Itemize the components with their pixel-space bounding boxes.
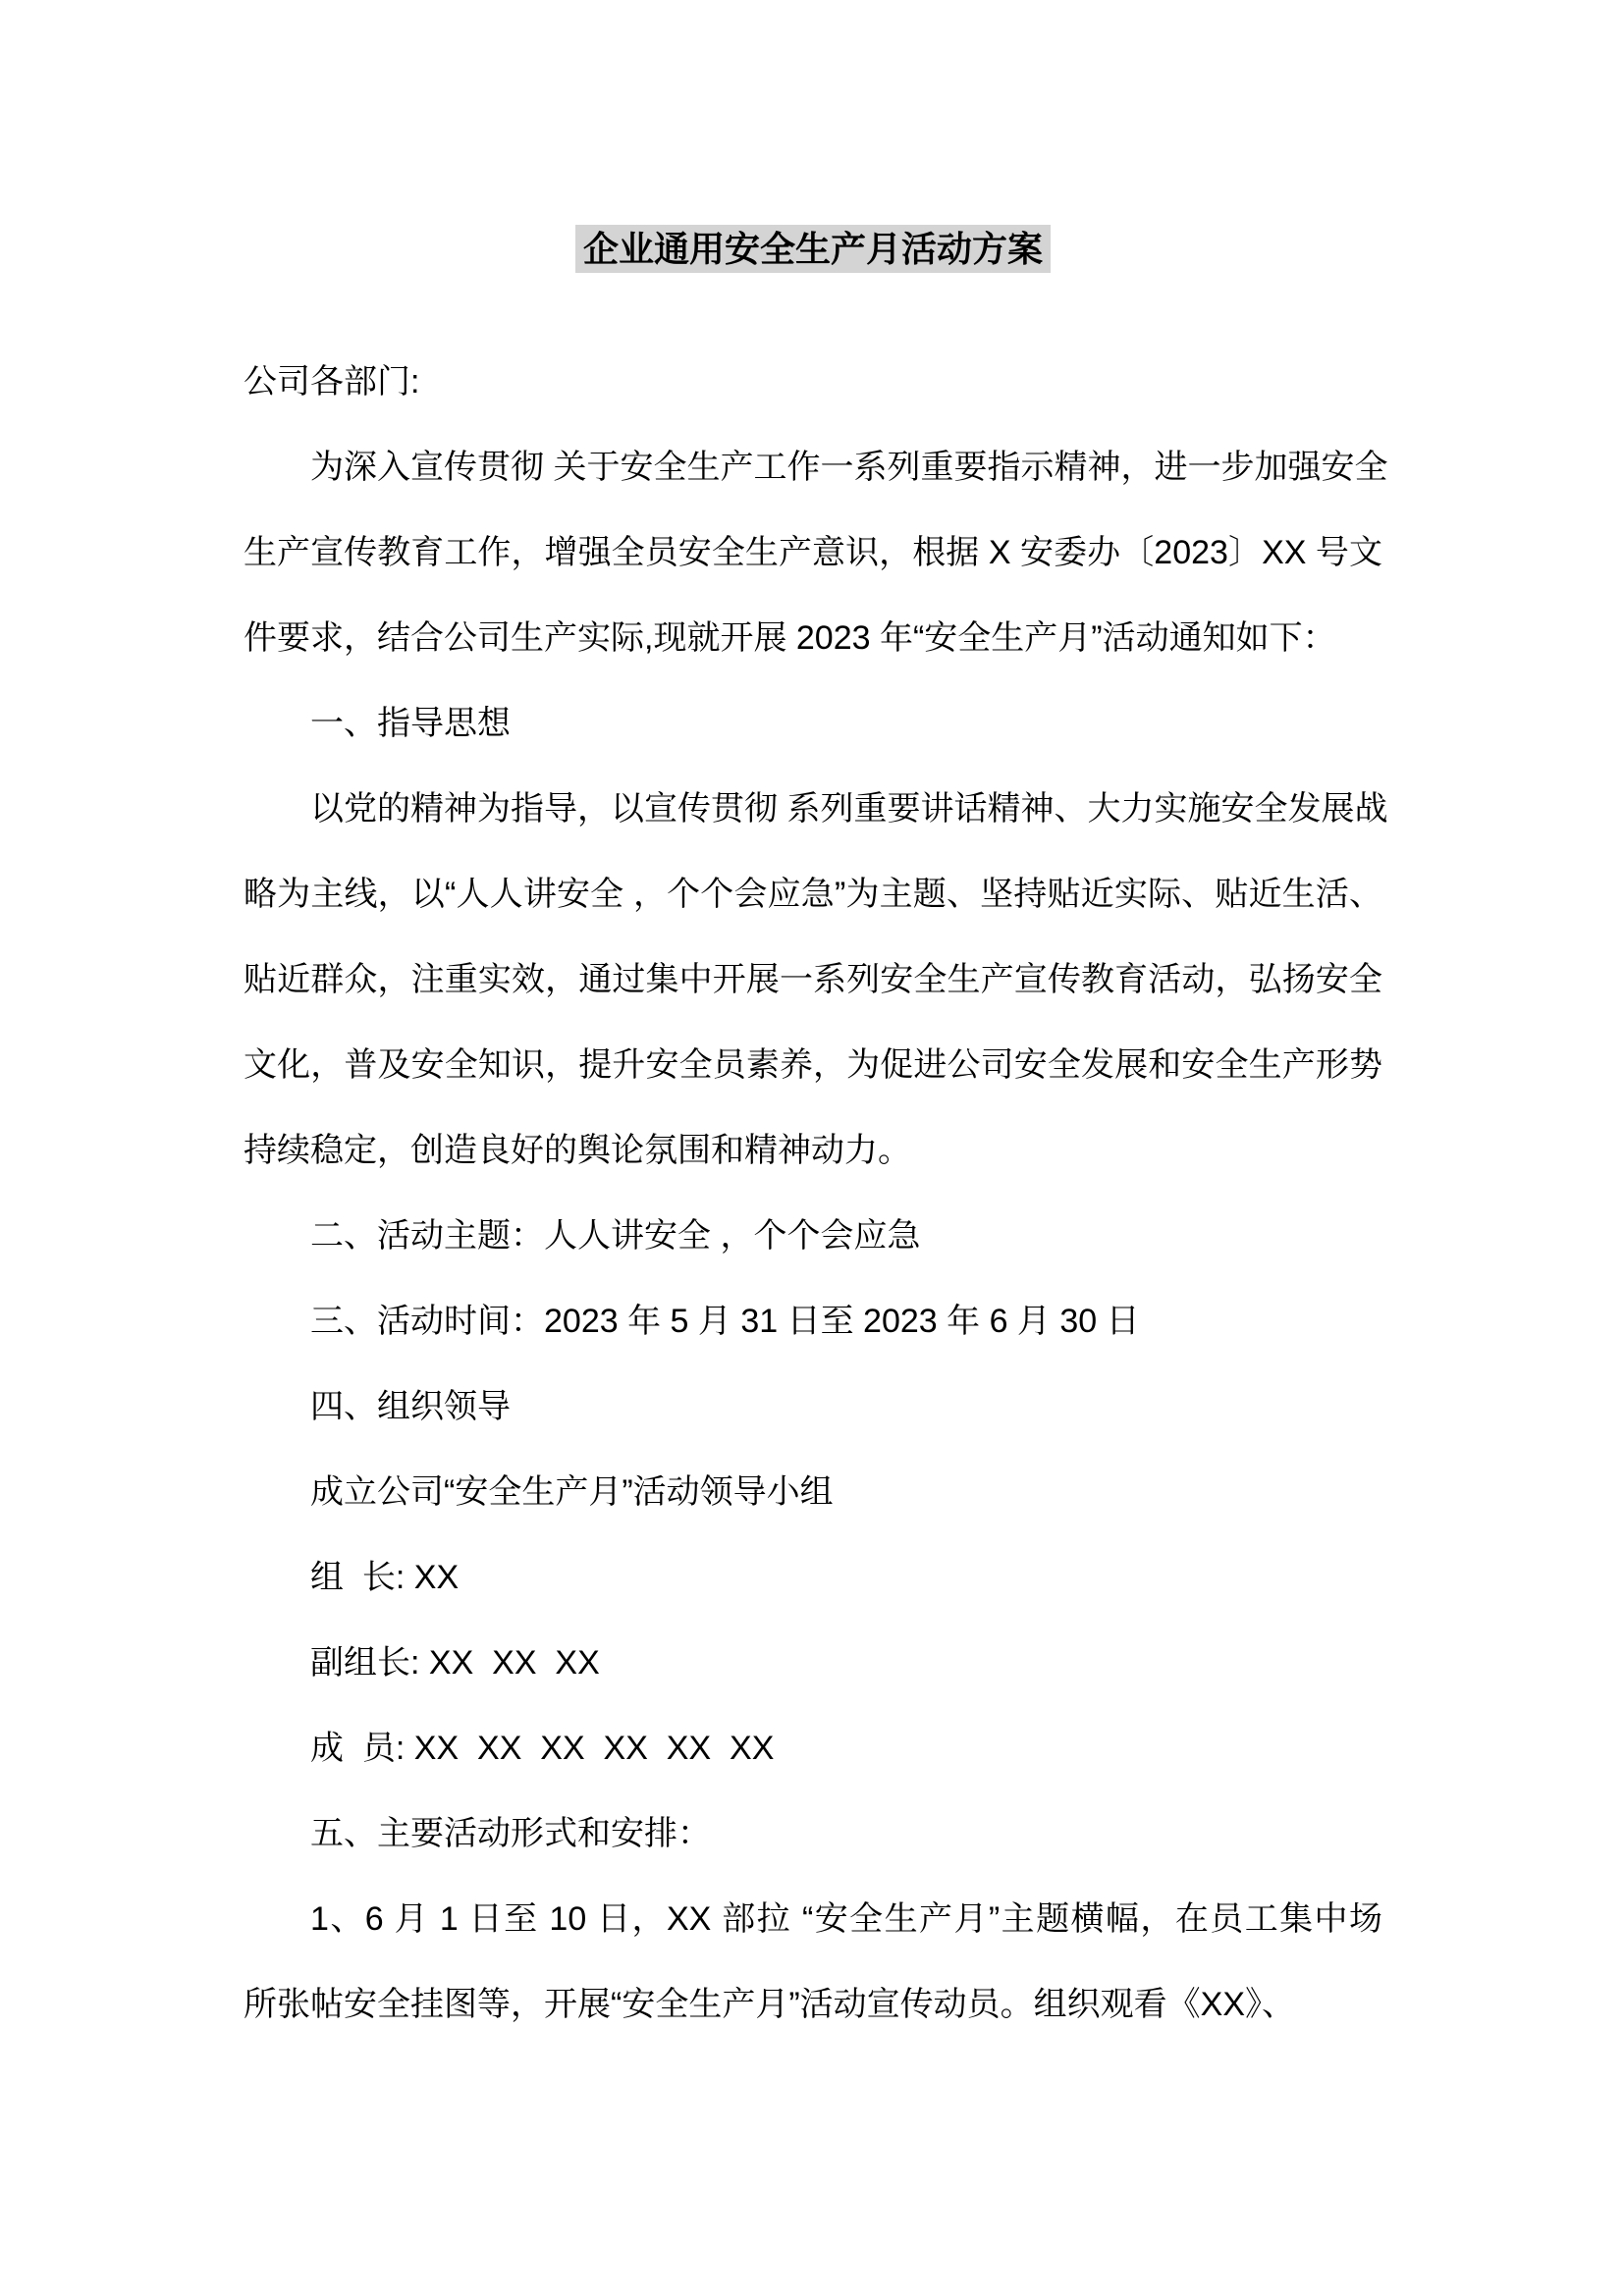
activity-1-line: 所张帖安全挂图等，开展“安全生产月”活动宣传动员。组织观看《XX》、 <box>244 1962 1382 2048</box>
heading-guiding-ideology: 一、指导思想 <box>244 681 1382 767</box>
guiding-ideology-line: 贴近群众，注重实效，通过集中开展一系列安全生产宣传教育活动，弘扬安全 <box>244 937 1382 1023</box>
document-page: 企业通用安全生产月活动方案 公司各部门: 为深入宣传贯彻 关于安全生产工作一系列… <box>0 0 1624 2296</box>
guiding-ideology-line: 持续稳定，创造良好的舆论氛围和精神动力。 <box>244 1108 1382 1194</box>
document-title: 企业通用安全生产月活动方案 <box>575 225 1051 273</box>
members-line: 成 员: XX XX XX XX XX XX <box>244 1706 1382 1791</box>
heading-organization: 四、组织领导 <box>244 1364 1382 1450</box>
deputy-leader-line: 副组长: XX XX XX <box>244 1621 1382 1706</box>
salutation: 公司各部门: <box>244 340 1382 425</box>
guiding-ideology-line: 略为主线，以“人人讲安全 ，个个会应急”为主题、坚持贴近实际、贴近生活、 <box>244 852 1382 937</box>
heading-activity-theme: 二、活动主题：人人讲安全 ，个个会应急 <box>244 1194 1382 1279</box>
document-title-line: 企业通用安全生产月活动方案 <box>244 222 1382 277</box>
heading-activities: 五、主要活动形式和安排： <box>244 1791 1382 1877</box>
group-leader-line: 组 长: XX <box>244 1535 1382 1621</box>
intro-paragraph-line: 生产宣传教育工作，增强全员安全生产意识，根据 X 安委办〔2023〕XX 号文 <box>244 510 1382 596</box>
activity-1-line: 1、6 月 1 日至 10 日，XX 部拉 “安全生产月”主题横幅，在员工集中场 <box>244 1877 1382 1962</box>
intro-paragraph-line: 为深入宣传贯彻 关于安全生产工作一系列重要指示精神，进一步加强安全 <box>244 425 1382 510</box>
leading-group-line: 成立公司“安全生产月”活动领导小组 <box>244 1450 1382 1535</box>
document-content: 企业通用安全生产月活动方案 公司各部门: 为深入宣传贯彻 关于安全生产工作一系列… <box>0 0 1624 2048</box>
heading-activity-time: 三、活动时间：2023 年 5 月 31 日至 2023 年 6 月 30 日 <box>244 1279 1382 1364</box>
intro-paragraph-line: 件要求，结合公司生产实际,现就开展 2023 年“安全生产月”活动通知如下： <box>244 596 1382 681</box>
guiding-ideology-line: 以党的精神为指导，以宣传贯彻 系列重要讲话精神、大力实施安全发展战 <box>244 767 1382 852</box>
guiding-ideology-line: 文化，普及安全知识，提升安全员素养，为促进公司安全发展和安全生产形势 <box>244 1023 1382 1108</box>
